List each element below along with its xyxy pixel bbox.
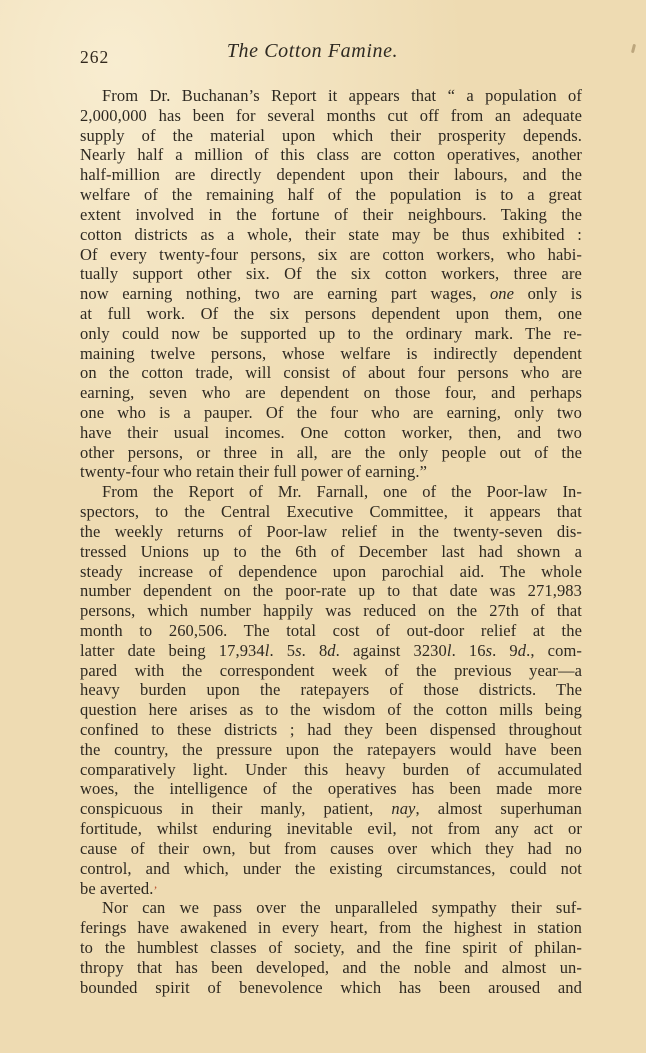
text-segment: month to 260,506. The total cost of out-… xyxy=(80,621,582,640)
text-segment: on the cotton trade, will consist of abo… xyxy=(80,363,582,382)
text-segment: other persons, or three in all, are the … xyxy=(80,443,582,462)
text-segment: thropy that has been developed, and the … xyxy=(80,958,582,977)
text-segment: conspicuous in their manly, patient, xyxy=(80,799,391,818)
text-segment: . 9 xyxy=(492,641,518,660)
text-segment: half-million are directly dependent upon… xyxy=(80,165,582,184)
text-line: conspicuous in their manly, patient, nay… xyxy=(80,799,582,819)
text-segment: only could now be supported up to the or… xyxy=(80,324,582,343)
text-segment: ferings have awakened in every heart, fr… xyxy=(80,918,582,937)
text-segment: welfare of the remaining half of the pop… xyxy=(80,185,582,204)
text-line: Nearly half a million of this class are … xyxy=(80,145,582,165)
text-line: welfare of the remaining half of the pop… xyxy=(80,185,582,205)
text-segment: pared with the correspondent week of the… xyxy=(80,661,582,680)
text-segment: one xyxy=(490,284,514,303)
text-segment: earning, seven who are dependent on thos… xyxy=(80,383,582,402)
text-line: tressed Unions up to the 6th of December… xyxy=(80,542,582,562)
text-segment: heavy burden upon the ratepayers of thos… xyxy=(80,680,582,699)
text-segment: steady increase of dependence upon paroc… xyxy=(80,562,582,581)
text-line: latter date being 17,934l. 5s. 8d. again… xyxy=(80,641,582,661)
text-line: supply of the material upon which their … xyxy=(80,126,582,146)
text-segment: extent involved in the fortune of their … xyxy=(80,205,582,224)
text-line: woes, the intelligence of the operatives… xyxy=(80,779,582,799)
text-line: month to 260,506. The total cost of out-… xyxy=(80,621,582,641)
text-line: to the humblest classes of society, and … xyxy=(80,938,582,958)
text-segment: tually support other six. Of the six cot… xyxy=(80,264,582,283)
text-line: half-million are directly dependent upon… xyxy=(80,165,582,185)
text-line: have their usual incomes. One cotton wor… xyxy=(80,423,582,443)
text-segment: the weekly returns of Poor-law relief in… xyxy=(80,522,582,541)
text-segment: ., com- xyxy=(526,641,582,660)
text-segment: woes, the intelligence of the operatives… xyxy=(80,779,582,798)
text-line: twenty-four who retain their full power … xyxy=(80,462,582,482)
text-line: thropy that has been developed, and the … xyxy=(80,958,582,978)
text-segment: tressed Unions up to the 6th of December… xyxy=(80,542,582,561)
text-segment: cause of their own, but from causes over… xyxy=(80,839,582,858)
text-line: number dependent on the poor-rate up to … xyxy=(80,581,582,601)
text-segment: Nearly half a million of this class are … xyxy=(80,145,582,164)
text-segment: . 8 xyxy=(302,641,328,660)
text-line: heavy burden upon the ratepayers of thos… xyxy=(80,680,582,700)
text-line: bounded spirit of benevolence which has … xyxy=(80,978,582,998)
text-line: on the cotton trade, will consist of abo… xyxy=(80,363,582,383)
text-line: one who is a pauper. Of the four who are… xyxy=(80,403,582,423)
text-segment: number dependent on the poor-rate up to … xyxy=(80,581,582,600)
red-ink-mark: ’ xyxy=(153,883,157,897)
text-segment: cotton districts as a whole, their state… xyxy=(80,225,582,244)
text-segment: Nor can we pass over the unparalleled sy… xyxy=(102,898,582,917)
text-line: other persons, or three in all, are the … xyxy=(80,443,582,463)
text-segment: at full work. Of the six persons depende… xyxy=(80,304,582,323)
text-segment: bounded spirit of benevolence which has … xyxy=(80,978,582,997)
text-line: cotton districts as a whole, their state… xyxy=(80,225,582,245)
text-segment: . 5 xyxy=(269,641,295,660)
text-segment: Of every twenty-four persons, six are co… xyxy=(80,245,582,264)
text-line: confined to these districts ; had they b… xyxy=(80,720,582,740)
text-segment: 2,000,000 has been for several months cu… xyxy=(80,106,582,125)
text-segment: . 16 xyxy=(452,641,486,660)
text-segment: comparatively light. Under this heavy bu… xyxy=(80,760,582,779)
text-segment: confined to these districts ; had they b… xyxy=(80,720,582,739)
text-segment: latter date being 17,934 xyxy=(80,641,265,660)
text-line: be averted.’ xyxy=(80,879,582,899)
text-line: comparatively light. Under this heavy bu… xyxy=(80,760,582,780)
text-segment: have their usual incomes. One cotton wor… xyxy=(80,423,582,442)
text-segment: From the Report of Mr. Farnall, one of t… xyxy=(102,482,582,501)
text-segment: now earning nothing, two are earning par… xyxy=(80,284,490,303)
text-line: From the Report of Mr. Farnall, one of t… xyxy=(80,482,582,502)
text-segment: nay xyxy=(391,799,415,818)
text-line: ferings have awakened in every heart, fr… xyxy=(80,918,582,938)
page-body: From Dr. Buchanan’s Report it appears th… xyxy=(80,86,582,997)
text-line: From Dr. Buchanan’s Report it appears th… xyxy=(80,86,582,106)
running-title: The Cotton Famine. xyxy=(60,40,565,63)
text-segment: d xyxy=(518,641,526,660)
text-segment: twenty-four who retain their full power … xyxy=(80,462,427,481)
paragraph-2: From the Report of Mr. Farnall, one of t… xyxy=(80,482,582,898)
text-line: cause of their own, but from causes over… xyxy=(80,839,582,859)
text-segment: d xyxy=(327,641,335,660)
text-segment: to the humblest classes of society, and … xyxy=(80,938,582,957)
text-segment: supply of the material upon which their … xyxy=(80,126,582,145)
text-line: the weekly returns of Poor-law relief in… xyxy=(80,522,582,542)
text-line: extent involved in the fortune of their … xyxy=(80,205,582,225)
text-line: fortitude, whilst enduring inevitable ev… xyxy=(80,819,582,839)
running-head: 262 The Cotton Famine. xyxy=(0,0,646,80)
text-line: Of every twenty-four persons, six are co… xyxy=(80,245,582,265)
text-line: control, and which, under the existing c… xyxy=(80,859,582,879)
text-segment: the country, the pressure upon the ratep… xyxy=(80,740,582,759)
text-line: only could now be supported up to the or… xyxy=(80,324,582,344)
text-segment: be averted. xyxy=(80,879,153,898)
text-line: spectors, to the Central Executive Commi… xyxy=(80,502,582,522)
text-line: 2,000,000 has been for several months cu… xyxy=(80,106,582,126)
paragraph-1: From Dr. Buchanan’s Report it appears th… xyxy=(80,86,582,482)
text-segment: control, and which, under the existing c… xyxy=(80,859,582,878)
text-segment: spectors, to the Central Executive Commi… xyxy=(80,502,582,521)
text-line: the country, the pressure upon the ratep… xyxy=(80,740,582,760)
text-line: pared with the correspondent week of the… xyxy=(80,661,582,681)
text-segment: From Dr. Buchanan’s Report it appears th… xyxy=(102,86,582,105)
text-segment: question here arises as to the wisdom of… xyxy=(80,700,582,719)
text-line: maining twelve persons, whose welfare is… xyxy=(80,344,582,364)
text-line: question here arises as to the wisdom of… xyxy=(80,700,582,720)
text-segment: only is xyxy=(514,284,582,303)
text-segment: persons, which number happily was reduce… xyxy=(80,601,582,620)
text-line: now earning nothing, two are earning par… xyxy=(80,284,582,304)
scanned-book-page: 262 The Cotton Famine. From Dr. Buchanan… xyxy=(0,0,646,1053)
text-line: earning, seven who are dependent on thos… xyxy=(80,383,582,403)
text-line: Nor can we pass over the unparalleled sy… xyxy=(80,898,582,918)
text-line: steady increase of dependence upon paroc… xyxy=(80,562,582,582)
text-segment: one who is a pauper. Of the four who are… xyxy=(80,403,582,422)
text-line: at full work. Of the six persons depende… xyxy=(80,304,582,324)
text-segment: , almost superhuman xyxy=(415,799,582,818)
text-segment: . against 3230 xyxy=(336,641,447,660)
text-line: tually support other six. Of the six cot… xyxy=(80,264,582,284)
text-segment: maining twelve persons, whose welfare is… xyxy=(80,344,582,363)
text-line: persons, which number happily was reduce… xyxy=(80,601,582,621)
paragraph-3: Nor can we pass over the unparalleled sy… xyxy=(80,898,582,997)
text-segment: fortitude, whilst enduring inevitable ev… xyxy=(80,819,582,838)
